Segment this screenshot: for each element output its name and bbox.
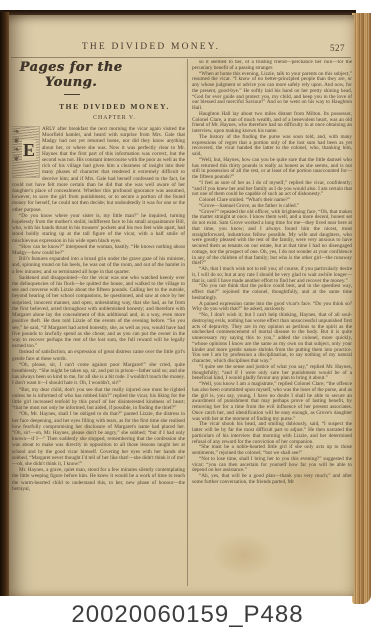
digitization-id-label: 20020060159_P488 xyxy=(0,601,375,629)
body-paragraph: so it seemed to her, of a trusting frien… xyxy=(192,60,352,72)
body-paragraph: Saddened and disappointed—for the vicar … xyxy=(12,275,185,349)
scanned-book-photo: THE DIVIDED MONEY. 527 Pages for the You… xyxy=(0,0,375,640)
body-paragraph: Haughton Hall lay about two miles distan… xyxy=(192,112,352,135)
body-paragraph: Instead of satisfaction, an expression o… xyxy=(12,349,185,361)
body-paragraph: “Well, you know I am a magistrate,” repl… xyxy=(192,382,352,422)
body-paragraph: “Well, but, Haynes, how can you be quite… xyxy=(192,158,352,181)
body-paragraph: “Not to lose time, shall I bring her to … xyxy=(192,457,352,474)
body-paragraph: “Do you know where your sister is, my li… xyxy=(12,213,185,244)
right-column: so it seemed to her, of a trusting frien… xyxy=(192,60,352,583)
body-paragraph: “No, I don't wish it; but I can't help t… xyxy=(192,313,352,365)
left-column: Pages for the Young. THE DIVIDED MONEY. … xyxy=(12,60,185,587)
running-head: THE DIVIDED MONEY. xyxy=(61,42,241,52)
section-title: Pages for the Young. xyxy=(12,60,130,90)
book-fore-edge-pages xyxy=(352,13,371,604)
body-paragraph: “Oh, Mr. Haynes, shall I be obliged to d… xyxy=(12,411,185,467)
body-paragraph: Mr. Haynes, a grave, quiet man, stood fo… xyxy=(12,467,185,492)
drop-cap-letter: E xyxy=(22,140,36,160)
section-title-rule xyxy=(64,94,80,95)
body-paragraph: “Ah, that I much wish not to tell you; o… xyxy=(192,267,352,284)
body-paragraph: “I feel as sure of her as I do of myself… xyxy=(192,181,352,198)
illuminated-initial: ❧❦❧❦ E xyxy=(12,127,39,177)
body-paragraph: “But, my dear child, don't you see that … xyxy=(12,387,185,412)
body-paragraph: “How can he know?” interposed the woman,… xyxy=(12,244,185,256)
vine-ornament-icon: ❧❦❧❦ xyxy=(12,127,21,177)
chapter-heading: CHAPTER V. xyxy=(12,115,185,121)
body-paragraph: “Grove?” repeated the old officer, with … xyxy=(192,210,352,268)
body-paragraph: “Oh, please, sir, I can't come against p… xyxy=(12,362,185,387)
page-number: 527 xyxy=(330,43,345,53)
body-paragraph: “When at home this evening, Lizzie, talk… xyxy=(192,72,352,112)
book-page: THE DIVIDED MONEY. 527 Pages for the You… xyxy=(9,15,354,596)
body-paragraph: “Do you not think that the police could … xyxy=(192,284,352,301)
header-rule xyxy=(11,57,351,58)
body-paragraph: “Ah, yes, that will be a good plan—thank… xyxy=(192,474,352,486)
book-gutter-edge xyxy=(0,12,9,596)
story-title: THE DIVIDED MONEY. xyxy=(12,102,185,111)
body-paragraph: Bill's features expanded into a broad gr… xyxy=(12,256,185,275)
column-divider-rule xyxy=(187,59,188,586)
body-paragraph: The vicar shook his head, and smiling du… xyxy=(192,422,352,445)
body-paragraph: The history of the finding the purse was… xyxy=(192,135,352,158)
body-paragraph: “I quite see the sense and justice of wh… xyxy=(192,365,352,382)
